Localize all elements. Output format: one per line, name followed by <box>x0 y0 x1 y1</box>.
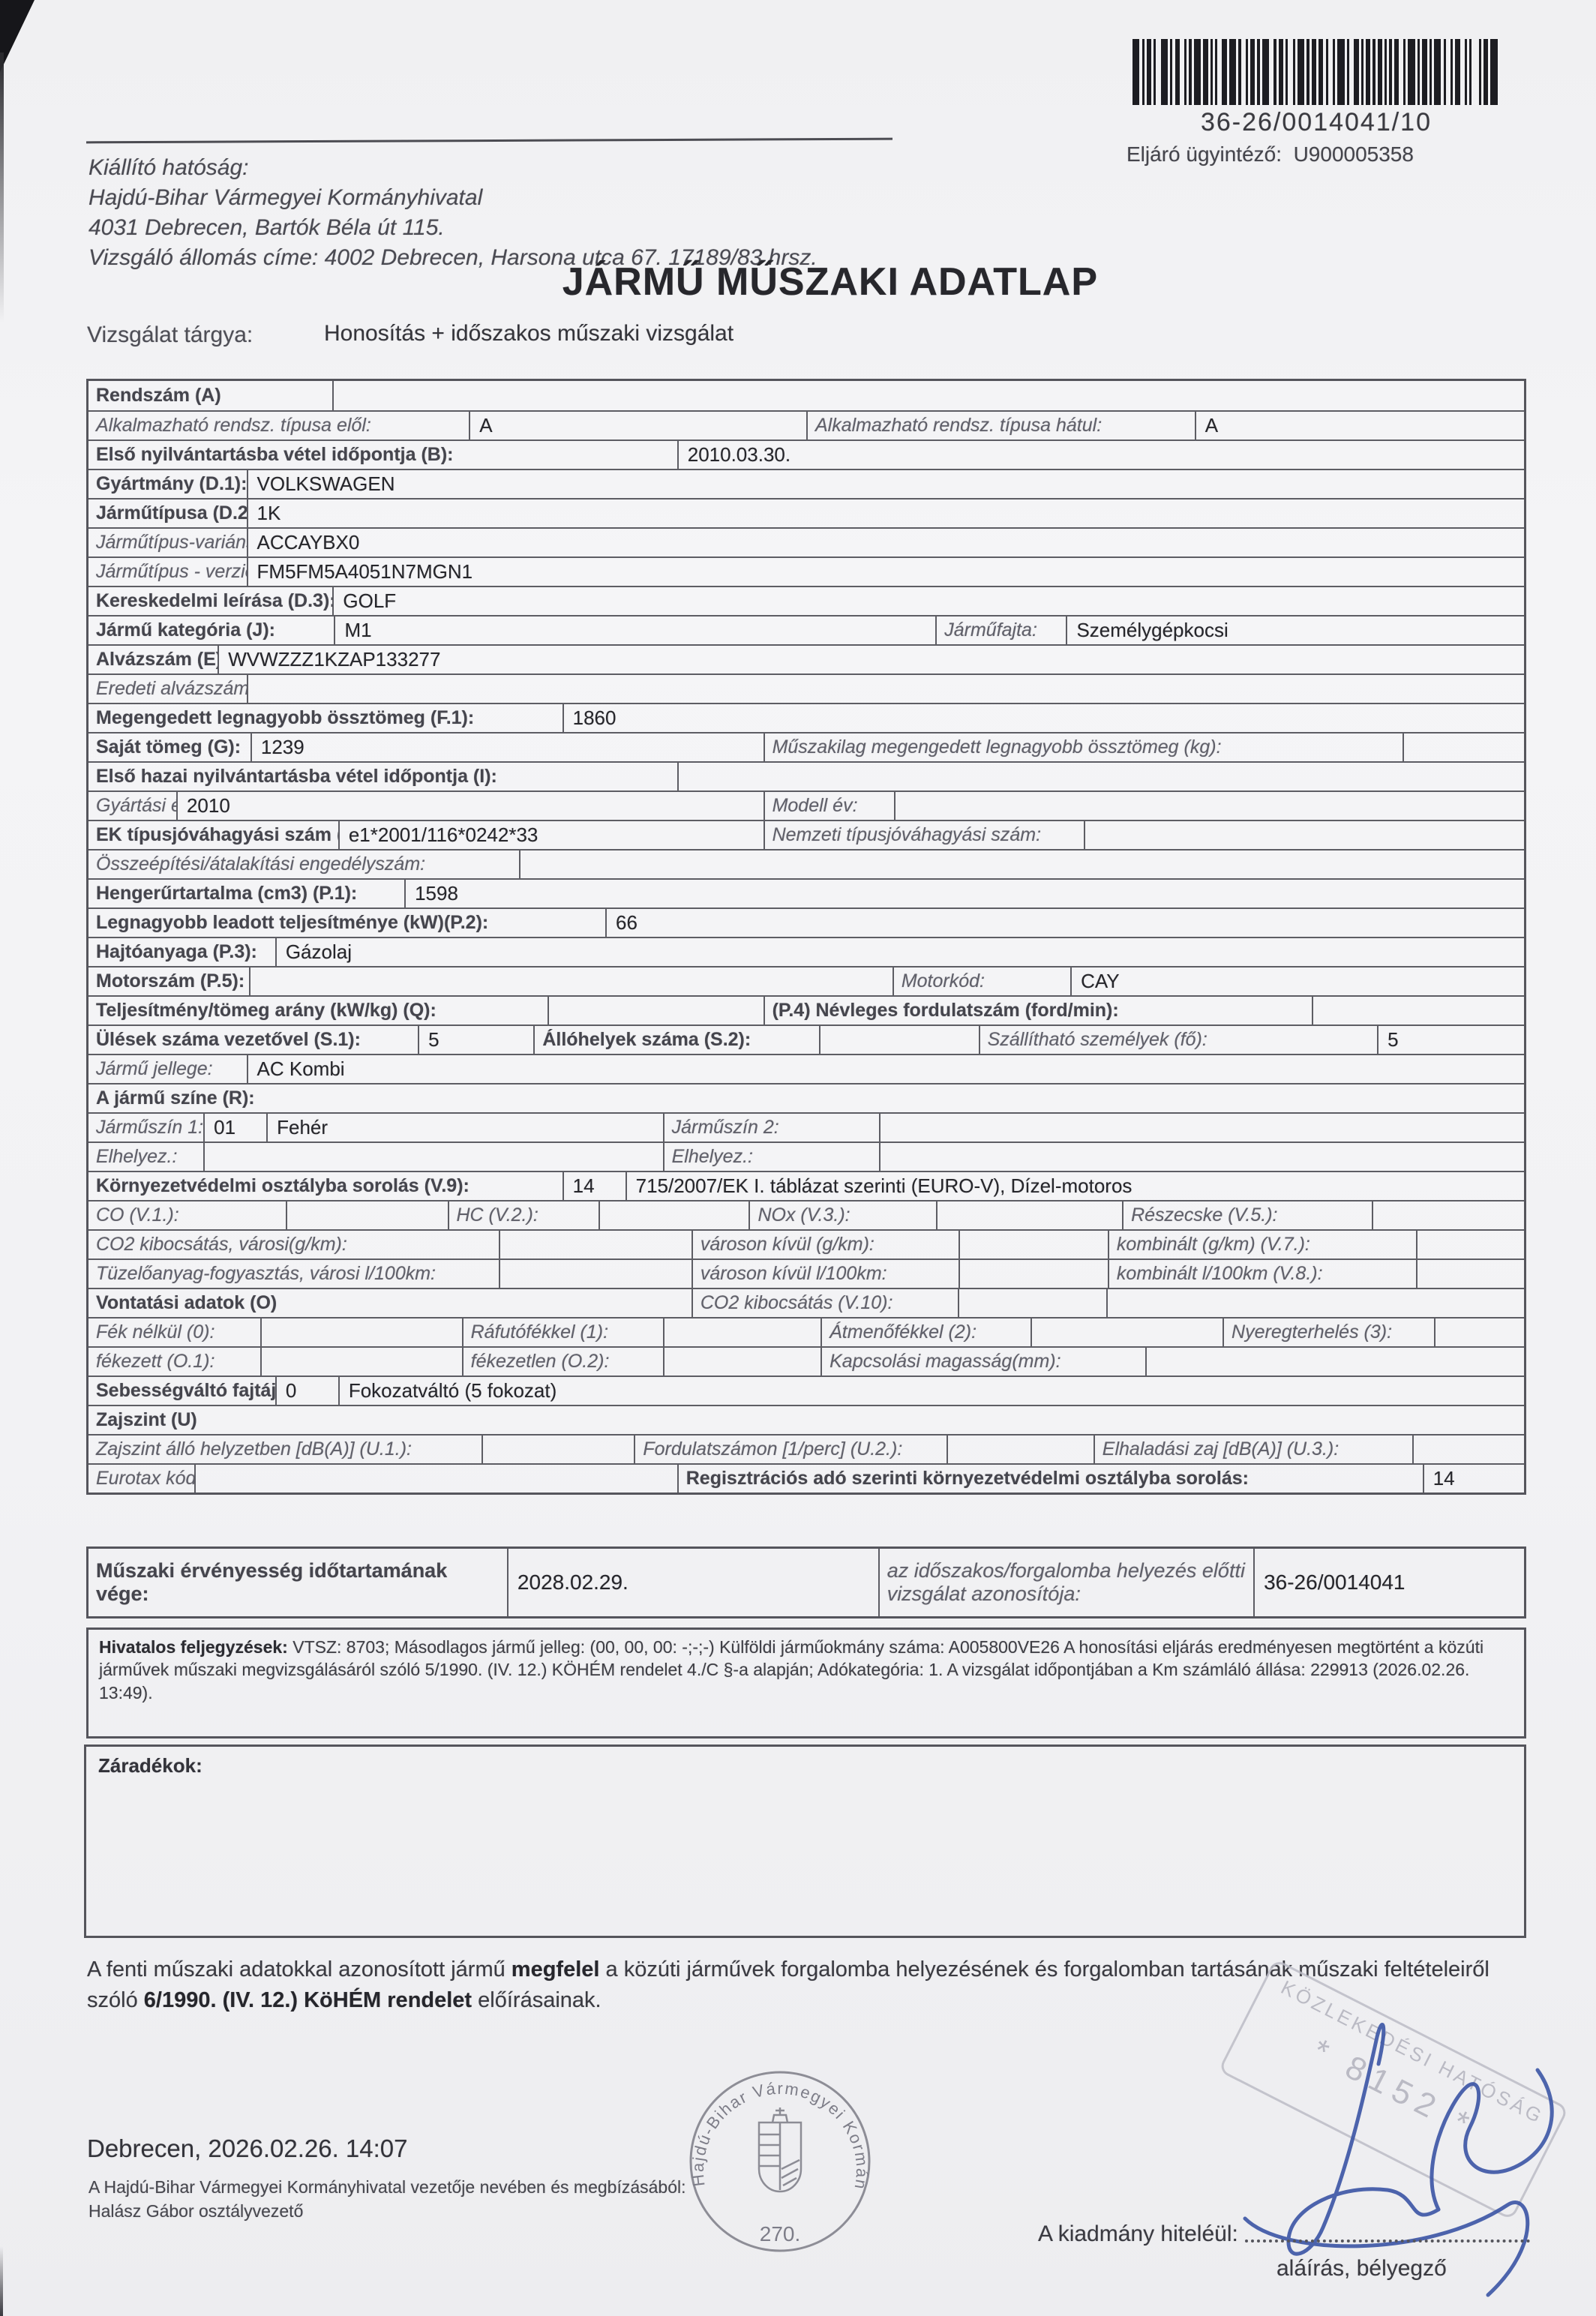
table-cell: Járműfajta:Személygépkocsi <box>935 616 1524 644</box>
field-value <box>481 1435 634 1463</box>
field-label: az időszakos/forgalomba helyezés előtti … <box>880 1559 1253 1606</box>
field-label: Sebességváltó fajtája: <box>88 1380 275 1402</box>
field-value <box>499 1231 691 1258</box>
table-row: Járműtípus-variáns:ACCAYBX0 <box>88 527 1524 556</box>
table-cell: Gyártmány (D.1):VOLKSWAGEN <box>88 470 1524 498</box>
field-label: Kapcsolási magasság(mm): <box>822 1351 1144 1372</box>
clerk-label: Eljáró ügyintéző: <box>1126 142 1282 166</box>
field-label: Teljesítmény/tömeg arány (kW/kg) (Q): <box>88 1000 547 1021</box>
field-label: Saját tömeg (G): <box>88 736 250 758</box>
field-label: fékezett (O.1): <box>88 1351 260 1372</box>
scanned-document-page: Kiállító hatóság: Hajdú-Bihar Vármegyei … <box>0 0 1596 2316</box>
table-cell: Motorkód:CAY <box>892 967 1524 995</box>
coat-of-arms-icon <box>759 2107 801 2191</box>
table-cell: Eredeti alvázszám: <box>88 675 1524 703</box>
place-date: Debrecen, 2026.02.26. 14:07 <box>87 2134 408 2163</box>
field-value <box>1372 1201 1524 1229</box>
field-label: NOx (V.3.): <box>750 1204 936 1226</box>
scan-edge-artifact <box>0 52 4 322</box>
field-label: CO2 kibocsátás (V.10): <box>693 1292 958 1314</box>
issuer-label: Kiállító hatóság: <box>88 153 817 183</box>
field-value <box>958 1260 1108 1288</box>
field-value: 2010 <box>176 792 763 820</box>
field-value <box>249 967 892 995</box>
field-value: 14 <box>562 1172 615 1200</box>
authority-line1: A Hajdú-Bihar Vármegyei Kormányhivatal v… <box>88 2175 686 2199</box>
field-label: Első nyilvántartásba vétel időpontja (B)… <box>88 444 677 466</box>
field-value-secondary: Fehér <box>266 1114 337 1141</box>
field-value <box>332 381 1524 410</box>
table-row: Megengedett legnagyobb össztömeg (F.1):1… <box>88 703 1524 732</box>
field-label: Modell év: <box>765 795 894 817</box>
field-label: Járműtípusa (D.2): <box>88 502 247 524</box>
table-cell: Tüzelőanyag-fogyasztás, városi l/100km: <box>88 1260 691 1288</box>
table-cell: Rendszám (A) <box>88 381 1524 410</box>
field-value <box>936 1201 1122 1229</box>
field-value <box>260 1348 462 1375</box>
field-value: GOLF <box>332 587 1524 615</box>
table-row: Alkalmazható rendsz. típusa elől:AAlkalm… <box>88 410 1524 439</box>
table-row: Jármű jellege:AC Kombi <box>88 1054 1524 1083</box>
field-value: M1 <box>334 616 935 644</box>
table-row: Gyártmány (D.1):VOLKSWAGEN <box>88 469 1524 498</box>
field-label: Motorszám (P.5): <box>88 970 249 992</box>
validity-box: Műszaki érvényesség időtartamának vége:2… <box>86 1546 1526 1618</box>
field-label: Hengerűrtartalma (cm3) (P.1): <box>88 883 404 904</box>
field-value: A <box>469 412 806 439</box>
table-row: Hajtóanyaga (P.3):Gázolaj <box>88 937 1524 966</box>
table-cell: Fordulatszámon [1/perc] (U.2.): <box>634 1435 1093 1463</box>
table-cell: Műszakilag megengedett legnagyobb össztö… <box>763 733 1524 761</box>
issuer-address: 4031 Debrecen, Bartók Béla út 115. <box>88 213 817 243</box>
field-label: Legnagyobb leadott teljesítménye (kW)(P.… <box>88 912 605 934</box>
field-value: FM5FM5A4051N7MGN1 <box>247 558 1524 586</box>
svg-text:Hajdú-Bihar Vármegyei Kormányh: Hajdú-Bihar Vármegyei Kormányhivatal <box>675 2056 871 2191</box>
field-value-secondary: 715/2007/EK I. táblázat szerinti (EURO-V… <box>625 1172 1141 1200</box>
field-value: Személygépkocsi <box>1066 616 1524 644</box>
signature-caption: aláírás, bélyegző <box>1276 2256 1447 2281</box>
field-value: 1860 <box>562 704 1524 732</box>
table-row: Alvázszám (E):WVWZZZ1KZAP133277 <box>88 644 1524 673</box>
table-cell: kombinált (g/km) (V.7.): <box>1108 1231 1524 1258</box>
table-cell: Járműtípus-variáns:ACCAYBX0 <box>88 529 1524 556</box>
field-value <box>663 1318 820 1346</box>
field-value <box>1412 1435 1524 1463</box>
table-row: Jármű kategória (J):M1Járműfajta:Személy… <box>88 615 1524 644</box>
table-row: fékezett (O.1):fékezetlen (O.2):Kapcsolá… <box>88 1346 1524 1375</box>
clauses-box: Záradékok: <box>84 1744 1526 1938</box>
table-cell: Elhaladási zaj [dB(A)] (U.3.): <box>1093 1435 1524 1463</box>
table-cell: HC (V.2.): <box>448 1201 749 1229</box>
table-cell: Részecske (V.5.): <box>1122 1201 1524 1229</box>
table-cell: Alkalmazható rendsz. típusa elől:A <box>88 412 806 439</box>
table-cell: Átmenőfékkel (2): <box>820 1318 1222 1346</box>
table-cell: Első nyilvántartásba vétel időpontja (B)… <box>88 441 1524 469</box>
field-value: 66 <box>605 909 1524 937</box>
attest-label: A kiadmány hiteléül: <box>1038 2221 1238 2247</box>
table-cell: Alvázszám (E):WVWZZZ1KZAP133277 <box>88 646 1524 673</box>
table-cell: Elhelyez.: <box>88 1143 663 1171</box>
field-label: Műszakilag megengedett legnagyobb össztö… <box>765 736 1402 758</box>
field-label: Ülések száma vezetővel (S.1): <box>88 1029 418 1051</box>
table-row: Zajszint (U) <box>88 1405 1524 1434</box>
table-row: Eredeti alvázszám: <box>88 673 1524 703</box>
field-label: Elhelyez.: <box>88 1146 203 1168</box>
table-row: Teljesítmény/tömeg arány (kW/kg) (Q):(P.… <box>88 995 1524 1024</box>
field-label: Alkalmazható rendsz. típusa hátul: <box>808 415 1195 436</box>
field-label: Eredeti alvázszám: <box>88 678 247 700</box>
field-value <box>260 1318 462 1346</box>
field-label: Gyártási év: <box>88 795 176 817</box>
table-cell: Sebességváltó fajtája:0Fokozatváltó (5 f… <box>88 1377 1524 1405</box>
field-value <box>946 1435 1093 1463</box>
table-row: Első nyilvántartásba vétel időpontja (B)… <box>88 439 1524 469</box>
field-label: városon kívül l/100km: <box>693 1263 958 1285</box>
scan-corner-artifact <box>0 0 34 72</box>
field-value <box>499 1260 691 1288</box>
table-cell: kombinált l/100km (V.8.): <box>1108 1260 1524 1288</box>
field-value <box>547 997 763 1024</box>
table-cell: CO2 kibocsátás (V.10): <box>691 1289 1108 1317</box>
table-cell: Járműtípusa (D.2):1K <box>88 499 1524 527</box>
table-cell: Környezetvédelmi osztályba sorolás (V.9)… <box>88 1172 1524 1200</box>
field-value: 1K <box>247 499 1524 527</box>
table-cell: fékezetlen (O.2): <box>462 1348 821 1375</box>
table-cell: Nemzeti típusjóváhagyási szám: <box>763 821 1524 849</box>
table-row: Motorszám (P.5):Motorkód:CAY <box>88 966 1524 995</box>
table-cell: Elhelyez.: <box>663 1143 1524 1171</box>
table-cell: Zajszint álló helyzetben [dB(A)] (U.1.): <box>88 1435 634 1463</box>
field-value <box>203 1143 662 1171</box>
field-label: Motorkód: <box>894 970 1070 992</box>
field-value: 1239 <box>250 733 763 761</box>
field-label: Járműszín 2: <box>664 1117 880 1138</box>
field-label: Regisztrációs adó szerinti környezetvéde… <box>679 1468 1423 1489</box>
field-value <box>1030 1318 1222 1346</box>
field-value <box>247 675 1524 703</box>
barcode-number: 36-26/0014041/10 <box>1129 108 1504 137</box>
field-value <box>1145 1348 1524 1375</box>
table-row: A jármű színe (R): <box>88 1083 1524 1112</box>
field-value: VOLKSWAGEN <box>247 470 1524 498</box>
table-cell: Motorszám (P.5): <box>88 967 892 995</box>
table-row: Rendszám (A) <box>88 381 1524 410</box>
table-row: Összeépítési/átalakítási engedélyszám: <box>88 849 1524 878</box>
field-value: 2028.02.29. <box>507 1549 878 1616</box>
field-value <box>1402 733 1524 761</box>
field-label: Első hazai nyilvántartásba vétel időpont… <box>88 766 677 787</box>
field-label: Járműszín 1: <box>88 1117 203 1138</box>
field-value <box>1434 1318 1524 1346</box>
stamp-number: 270. <box>760 2222 801 2245</box>
field-label: Fék nélkül (0): <box>88 1321 260 1343</box>
scan-bottom-edge-artifact <box>0 2246 3 2316</box>
table-cell: EK típusjóváhagyási szám (K):e1*2001/116… <box>88 821 763 849</box>
field-value <box>819 1026 979 1054</box>
table-cell: CO2 kibocsátás, városi(g/km): <box>88 1231 691 1258</box>
statement-segment: előírásainak. <box>472 1988 601 2012</box>
table-row: Sebességváltó fajtája:0Fokozatváltó (5 f… <box>88 1375 1524 1405</box>
table-cell: Fék nélkül (0): <box>88 1318 462 1346</box>
field-label: Alvázszám (E): <box>88 649 217 670</box>
official-notes-text: VTSZ: 8703; Másodlagos jármű jelleg: (00… <box>99 1637 1483 1702</box>
field-label: Hajtóanyaga (P.3): <box>88 941 275 963</box>
field-label: kombinált (g/km) (V.7.): <box>1109 1234 1416 1255</box>
table-cell: az időszakos/forgalomba helyezés előtti … <box>878 1549 1524 1616</box>
table-cell: Legnagyobb leadott teljesítménye (kW)(P.… <box>88 909 1524 937</box>
field-value <box>519 850 1524 878</box>
table-cell: Szállítható személyek (fő):5 <box>979 1026 1524 1054</box>
field-label: Fordulatszámon [1/perc] (U.2.): <box>635 1438 946 1460</box>
table-cell: Teljesítmény/tömeg arány (kW/kg) (Q): <box>88 997 763 1024</box>
table-cell: Első hazai nyilvántartásba vétel időpont… <box>88 763 1524 790</box>
vehicle-data-table: Rendszám (A)Alkalmazható rendsz. típusa … <box>86 379 1526 1495</box>
field-value: 14 <box>1423 1465 1524 1492</box>
statement-bold-segment: 6/1990. (IV. 12.) KöHÉM rendelet <box>144 1988 472 2012</box>
barcode-image <box>1129 39 1504 105</box>
table-cell: Kapcsolási magasság(mm): <box>820 1348 1524 1375</box>
barcode-block: 36-26/0014041/10 <box>1129 39 1504 137</box>
field-label: Műszaki érvényesség időtartamának vége: <box>88 1559 507 1606</box>
issuer-name: Hajdú-Bihar Vármegyei Kormányhivatal <box>88 183 817 213</box>
field-label: Járműtípus-variáns: <box>88 532 247 553</box>
field-value: WVWZZZ1KZAP133277 <box>217 646 1524 673</box>
table-cell: Kereskedelmi leírása (D.3):GOLF <box>88 587 1524 615</box>
field-value <box>598 1201 748 1229</box>
field-label: Rendszám (A) <box>88 385 332 406</box>
authority-line2: Halász Gábor osztályvezető <box>88 2199 686 2223</box>
table-row: Ülések száma vezetővel (S.1):5Állóhelyek… <box>88 1024 1524 1054</box>
table-row: Vontatási adatok (O)CO2 kibocsátás (V.10… <box>88 1288 1524 1317</box>
field-value: 36-26/0014041 <box>1253 1549 1524 1616</box>
field-value <box>194 1465 676 1492</box>
table-cell: Járműszín 1:01Fehér <box>88 1114 663 1141</box>
table-cell <box>1108 1289 1524 1317</box>
field-value: 5 <box>418 1026 533 1054</box>
field-label: Elhaladási zaj [dB(A)] (U.3.): <box>1095 1438 1412 1460</box>
table-cell: Összeépítési/átalakítási engedélyszám: <box>88 850 1524 878</box>
table-cell: Regisztrációs adó szerinti környezetvéde… <box>677 1465 1524 1492</box>
field-label: Gyártmány (D.1): <box>88 473 247 495</box>
field-label: Eurotax kód: <box>88 1468 194 1489</box>
table-row: Fék nélkül (0):Ráfutófékkel (1):Átmenőfé… <box>88 1317 1524 1346</box>
field-value <box>1416 1231 1524 1258</box>
field-label: Átmenőfékkel (2): <box>822 1321 1030 1343</box>
table-row: Elhelyez.:Elhelyez.: <box>88 1141 1524 1171</box>
field-value <box>677 763 1524 790</box>
field-label: Vontatási adatok (O) <box>88 1292 284 1314</box>
table-cell: Járműtípus - verzió:FM5FM5A4051N7MGN1 <box>88 558 1524 586</box>
authority-signature-block: A Hajdú-Bihar Vármegyei Kormányhivatal v… <box>88 2175 686 2223</box>
table-cell: Ülések száma vezetővel (S.1):5 <box>88 1026 533 1054</box>
field-value: CAY <box>1070 967 1524 995</box>
table-cell: Hajtóanyaga (P.3):Gázolaj <box>88 938 1524 966</box>
official-notes-box: Hivatalos feljegyzések: VTSZ: 8703; Máso… <box>86 1627 1526 1738</box>
field-label: Járműfajta: <box>937 619 1066 641</box>
issuer-block: Kiállító hatóság: Hajdú-Bihar Vármegyei … <box>88 153 817 273</box>
field-value: ACCAYBX0 <box>247 529 1524 556</box>
field-label: Részecske (V.5.): <box>1123 1204 1372 1226</box>
field-label: Környezetvédelmi osztályba sorolás (V.9)… <box>88 1175 562 1197</box>
table-cell: (P.4) Névleges fordulatszám (ford/min): <box>763 997 1524 1024</box>
table-cell: Hengerűrtartalma (cm3) (P.1):1598 <box>88 880 1524 907</box>
round-official-stamp: Hajdú-Bihar Vármegyei Kormányhivatal 270… <box>675 2056 885 2270</box>
field-value <box>958 1231 1108 1258</box>
table-row: CO2 kibocsátás, városi(g/km):városon kív… <box>88 1229 1524 1258</box>
field-value <box>894 792 1524 820</box>
field-label: Nemzeti típusjóváhagyási szám: <box>765 824 1084 846</box>
clerk-id: U900005358 <box>1294 142 1414 166</box>
table-cell: Gyártási év:2010 <box>88 792 763 820</box>
statement-bold-segment: megfelel <box>511 1957 600 1981</box>
field-label: Szállítható személyek (fő): <box>980 1029 1377 1051</box>
field-label: CO2 kibocsátás, városi(g/km): <box>88 1234 499 1255</box>
field-label: Jármű jellege: <box>88 1058 247 1080</box>
field-value <box>879 1114 1524 1141</box>
clauses-label: Záradékok: <box>98 1754 202 1777</box>
table-row: EK típusjóváhagyási szám (K):e1*2001/116… <box>88 820 1524 849</box>
table-cell: Megengedett legnagyobb össztömeg (F.1):1… <box>88 704 1524 732</box>
field-value: 2010.03.30. <box>677 441 1524 469</box>
table-row: Gyártási év:2010Modell év: <box>88 790 1524 820</box>
table-row: CO (V.1.):HC (V.2.):NOx (V.3.):Részecske… <box>88 1200 1524 1229</box>
table-row: Legnagyobb leadott teljesítménye (kW)(P.… <box>88 907 1524 937</box>
field-label: Állóhelyek száma (S.2): <box>535 1029 818 1051</box>
table-row: Hengerűrtartalma (cm3) (P.1):1598 <box>88 878 1524 907</box>
field-value: e1*2001/116*0242*33 <box>338 821 763 849</box>
field-value: Gázolaj <box>275 938 1524 966</box>
field-value <box>1312 997 1524 1024</box>
validity-row: Műszaki érvényesség időtartamának vége:2… <box>88 1549 1524 1616</box>
table-row: Járműtípusa (D.2):1K <box>88 498 1524 527</box>
field-label: Alkalmazható rendsz. típusa elől: <box>88 415 469 436</box>
field-label: fékezetlen (O.2): <box>463 1351 664 1372</box>
field-label: Kereskedelmi leírása (D.3): <box>88 590 332 612</box>
table-cell: Állóhelyek száma (S.2): <box>533 1026 978 1054</box>
field-label: Járműtípus - verzió: <box>88 561 247 583</box>
field-value: A <box>1195 412 1524 439</box>
table-row: Eurotax kód:Regisztrációs adó szerinti k… <box>88 1463 1524 1492</box>
field-value: 0 <box>275 1377 328 1405</box>
clerk-line: Eljáró ügyintéző: U900005358 <box>1126 142 1414 166</box>
field-label: A jármű színe (R): <box>88 1087 262 1109</box>
table-cell: Eurotax kód: <box>88 1465 677 1492</box>
field-value <box>1416 1260 1524 1288</box>
table-cell: városon kívül l/100km: <box>691 1260 1108 1288</box>
field-label: Összeépítési/átalakítási engedélyszám: <box>88 853 519 875</box>
subject-value: Honosítás + időszakos műszaki vizsgálat <box>324 321 733 346</box>
table-row: Kereskedelmi leírása (D.3):GOLF <box>88 586 1524 615</box>
table-row: Saját tömeg (G):1239Műszakilag megengede… <box>88 732 1524 761</box>
statement-segment: A fenti műszaki adatokkal azonosított já… <box>87 1957 511 1981</box>
table-cell: Jármű kategória (J):M1 <box>88 616 935 644</box>
field-label: Jármű kategória (J): <box>88 619 334 641</box>
field-label: Elhelyez.: <box>664 1146 880 1168</box>
field-value: 5 <box>1377 1026 1524 1054</box>
field-value-secondary: Fokozatváltó (5 fokozat) <box>338 1377 565 1405</box>
field-value: AC Kombi <box>247 1055 1524 1083</box>
table-row: Első hazai nyilvántartásba vétel időpont… <box>88 761 1524 790</box>
subject-label: Vizsgálat tárgya: <box>87 322 253 348</box>
table-row: Tüzelőanyag-fogyasztás, városi l/100km:v… <box>88 1258 1524 1288</box>
table-cell: Jármű jellege:AC Kombi <box>88 1055 1524 1083</box>
header-divider-line <box>86 138 892 144</box>
field-label: (P.4) Névleges fordulatszám (ford/min): <box>765 1000 1312 1021</box>
field-label: városon kívül (g/km): <box>693 1234 958 1255</box>
field-label: kombinált l/100km (V.8.): <box>1109 1263 1416 1285</box>
field-label: EK típusjóváhagyási szám (K): <box>88 824 338 846</box>
field-value <box>879 1143 1524 1171</box>
table-cell: Járműszín 2: <box>663 1114 1524 1141</box>
field-label: Zajszint álló helyzetben [dB(A)] (U.1.): <box>88 1438 481 1460</box>
table-cell: Zajszint (U) <box>88 1406 1524 1434</box>
table-row: Járműtípus - verzió:FM5FM5A4051N7MGN1 <box>88 556 1524 586</box>
official-notes-label: Hivatalos feljegyzések: <box>99 1637 288 1657</box>
table-cell: A jármű színe (R): <box>88 1084 1524 1112</box>
field-value <box>1084 821 1524 849</box>
field-label: Ráfutófékkel (1): <box>463 1321 664 1343</box>
field-label: HC (V.2.): <box>449 1204 599 1226</box>
table-row: Környezetvédelmi osztályba sorolás (V.9)… <box>88 1171 1524 1200</box>
table-cell: NOx (V.3.): <box>748 1201 1122 1229</box>
table-cell: Ráfutófékkel (1): <box>462 1318 821 1346</box>
table-cell: Alkalmazható rendsz. típusa hátul:A <box>806 412 1524 439</box>
field-label: Zajszint (U) <box>88 1409 205 1431</box>
field-value: 1598 <box>404 880 1524 907</box>
table-row: Járműszín 1:01FehérJárműszín 2: <box>88 1112 1524 1141</box>
field-value <box>958 1289 1106 1317</box>
field-value: 01 <box>203 1114 256 1141</box>
signature-dotted-line <box>1245 2220 1530 2242</box>
field-value <box>663 1348 820 1375</box>
document-title: JÁRMŰ MŰSZAKI ADATLAP <box>562 259 1098 304</box>
table-cell: városon kívül (g/km): <box>691 1231 1108 1258</box>
table-cell: Modell év: <box>763 792 1524 820</box>
field-value <box>286 1201 447 1229</box>
table-cell: Nyeregterhelés (3): <box>1222 1318 1524 1346</box>
table-cell: CO (V.1.): <box>88 1201 448 1229</box>
table-cell: fékezett (O.1): <box>88 1348 462 1375</box>
table-row: Zajszint álló helyzetben [dB(A)] (U.1.):… <box>88 1434 1524 1463</box>
field-label: Nyeregterhelés (3): <box>1224 1321 1434 1343</box>
table-cell: Műszaki érvényesség időtartamának vége:2… <box>88 1549 878 1616</box>
field-label: Tüzelőanyag-fogyasztás, városi l/100km: <box>88 1263 499 1285</box>
table-cell: Vontatási adatok (O) <box>88 1289 691 1317</box>
field-label: Megengedett legnagyobb össztömeg (F.1): <box>88 707 562 729</box>
table-cell: Saját tömeg (G):1239 <box>88 733 763 761</box>
field-label: CO (V.1.): <box>88 1204 286 1226</box>
